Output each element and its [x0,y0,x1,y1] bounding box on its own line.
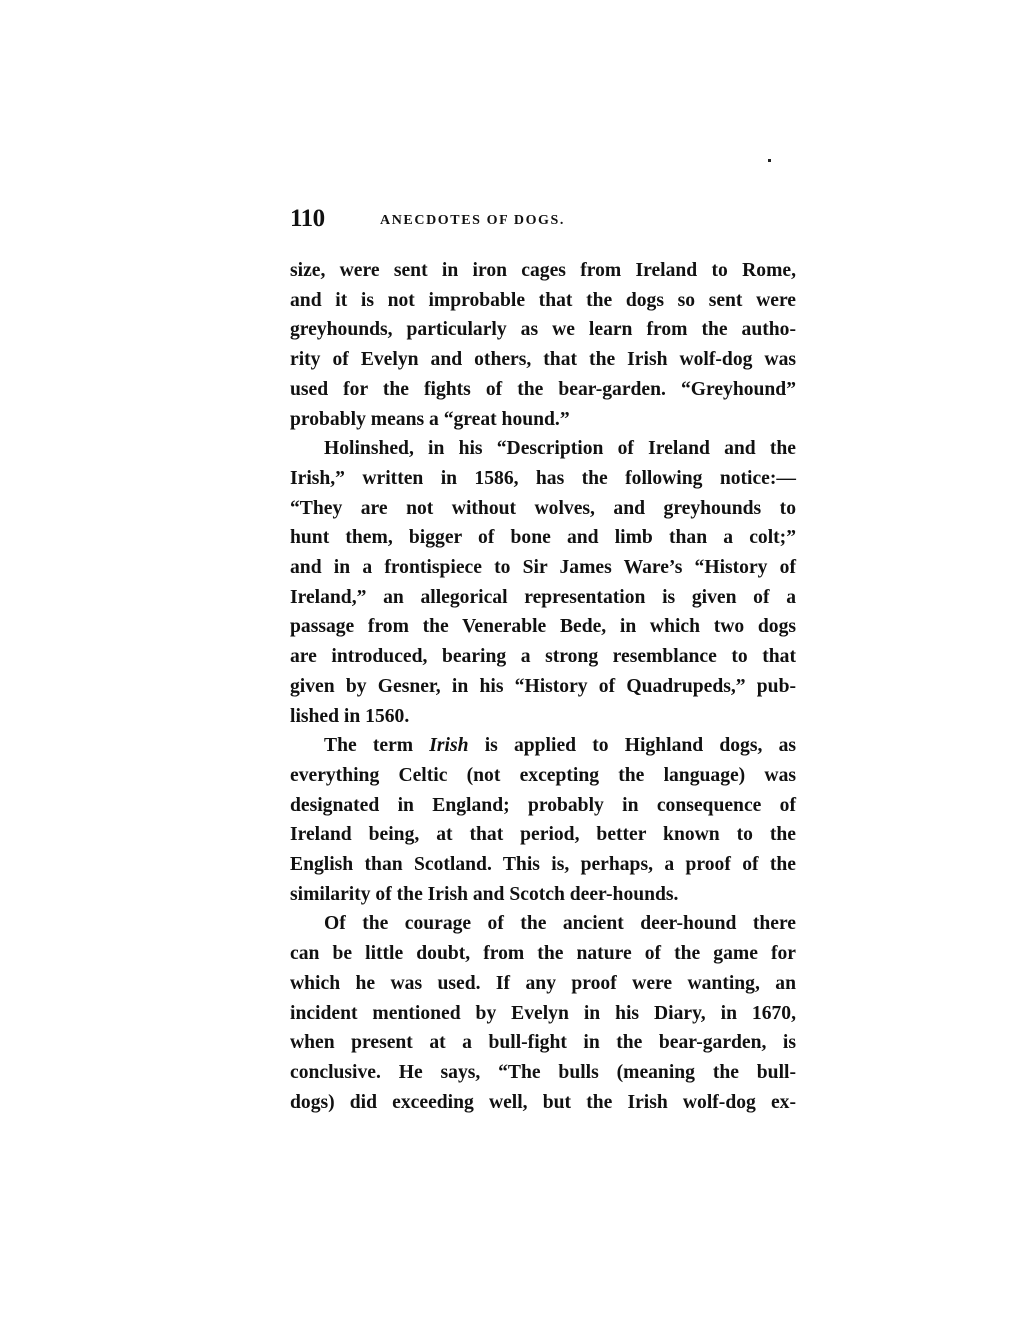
text-line: passage from the Venerable Bede, in whic… [290,612,796,642]
text-line: conclusive. He says, “The bulls (meaning… [290,1058,796,1088]
text-line: given by Gesner, in his “History of Quad… [290,672,796,702]
running-head: 110 ANECDOTES OF DOGS. [290,204,796,238]
text-line: Holinshed, in his “Description of Irelan… [290,434,796,464]
text-line: probably means a “great hound.” [290,405,796,435]
text-line: which he was used. If any proof were wan… [290,969,796,999]
text-line: incident mentioned by Evelyn in his Diar… [290,999,796,1029]
text-line: Ireland being, at that period, better kn… [290,820,796,850]
text-line: lished in 1560. [290,702,796,732]
paragraph-4: Of the courage of the ancient deer-hound… [290,909,796,1117]
text-line: similarity of the Irish and Scotch deer-… [290,880,796,910]
text-line: The term Irish is applied to Highland do… [290,731,796,761]
text-line: “They are not without wolves, and greyho… [290,494,796,524]
text-line: dogs) did exceeding well, but the Irish … [290,1088,796,1118]
text-line: can be little doubt, from the nature of … [290,939,796,969]
text-run: The term [324,735,429,756]
page-number: 110 [290,204,325,234]
paragraph-1: size, were sent in iron cages from Irela… [290,256,796,434]
paragraph-3: The term Irish is applied to Highland do… [290,731,796,909]
text-line: Ireland,” an allegorical representation … [290,583,796,613]
text-line: English than Scotland. This is, perhaps,… [290,850,796,880]
running-title: ANECDOTES OF DOGS. [380,211,565,231]
scan-speck [768,159,771,162]
text-line: greyhounds, particularly as we learn fro… [290,315,796,345]
text-line: hunt them, bigger of bone and limb than … [290,523,796,553]
text-line: size, were sent in iron cages from Irela… [290,256,796,286]
text-line: everything Celtic (not excepting the lan… [290,761,796,791]
text-line: and it is not improbable that the dogs s… [290,286,796,316]
paragraph-2: Holinshed, in his “Description of Irelan… [290,434,796,731]
text-line: and in a frontispiece to Sir James Ware’… [290,553,796,583]
italic-term: Irish [429,735,468,756]
text-line: are introduced, bearing a strong resembl… [290,642,796,672]
text-line: designated in England; probably in conse… [290,791,796,821]
book-page: 110 ANECDOTES OF DOGS. size, were sent i… [290,204,796,1117]
text-line: Of the courage of the ancient deer-hound… [290,909,796,939]
text-line: rity of Evelyn and others, that the Iris… [290,345,796,375]
text-line: when present at a bull-fight in the bear… [290,1028,796,1058]
text-line: Irish,” written in 1586, has the followi… [290,464,796,494]
text-line: used for the fights of the bear-garden. … [290,375,796,405]
text-run: is applied to Highland dogs, as [469,735,796,756]
